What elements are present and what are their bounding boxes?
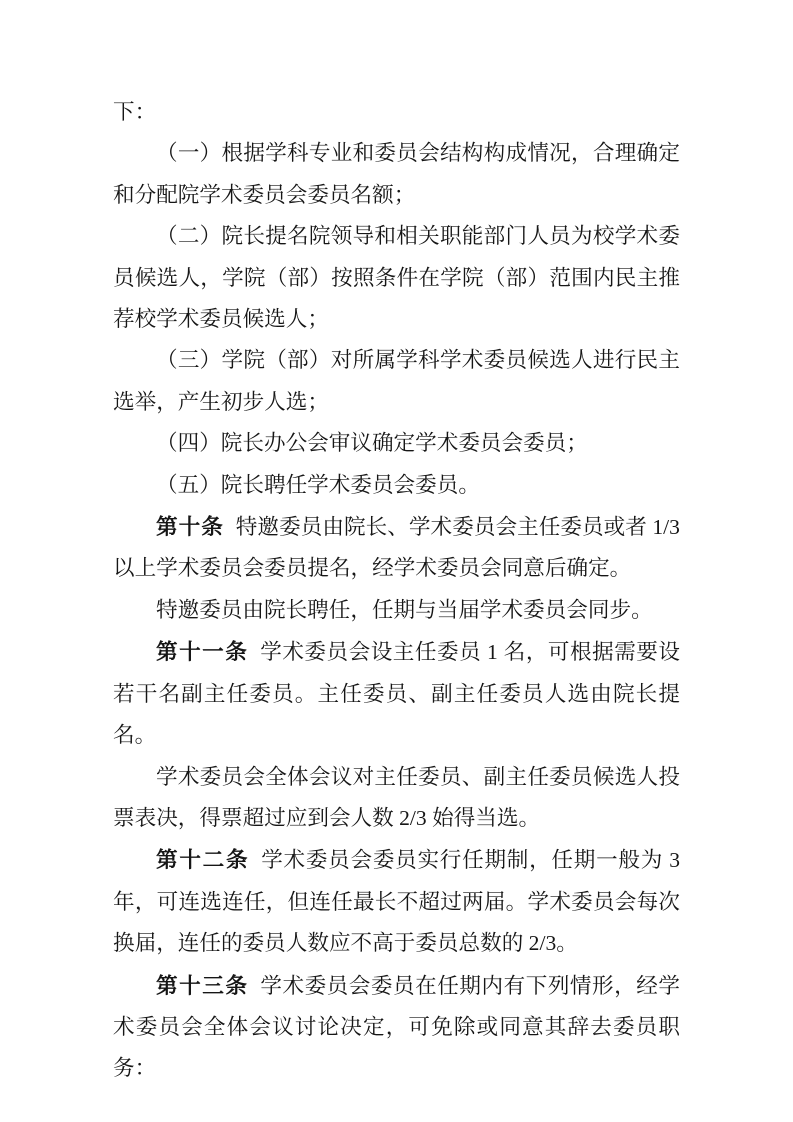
- paragraph-text: （五）院长聘任学术委员会委员。: [156, 473, 480, 497]
- paragraph-item-4: （四）院长办公会审议确定学术委员会委员；: [113, 423, 680, 464]
- paragraph-article-11-continued: 学术委员会全体会议对主任委员、副主任委员候选人投票表决，得票超过应到会人数 2/…: [113, 757, 680, 840]
- paragraph-item-5: （五）院长聘任学术委员会委员。: [113, 465, 680, 506]
- article-number-label: 第十一条: [156, 639, 248, 664]
- paragraph-article-10-continued: 特邀委员由院长聘任，任期与当届学术委员会同步。: [113, 590, 680, 631]
- article-number-label: 第十三条: [156, 973, 248, 998]
- paragraph-text: （四）院长办公会审议确定学术委员会委员；: [156, 431, 588, 455]
- article-number-label: 第十二条: [156, 847, 249, 872]
- paragraph-continuation: 下：: [113, 92, 680, 133]
- paragraph-text: （二）院长提名院领导和相关职能部门人员为校学术委员候选人，学院（部）按照条件在学…: [113, 224, 680, 331]
- paragraph-text: 学术委员会全体会议对主任委员、副主任委员候选人投票表决，得票超过应到会人数 2/…: [113, 765, 680, 830]
- paragraph-article-12: 第十二条学术委员会委员实行任期制，任期一般为 3 年，可连选连任，但连任最长不超…: [113, 839, 680, 964]
- paragraph-article-10: 第十条特邀委员由院长、学术委员会主任委员或者 1/3 以上学术委员会委员提名，经…: [113, 506, 680, 590]
- article-number-label: 第十条: [156, 514, 224, 539]
- paragraph-text: （三）学院（部）对所属学科学术委员候选人进行民主选举，产生初步人选；: [113, 348, 680, 413]
- document-page: 下： （一）根据学科专业和委员会结构构成情况，合理确定和分配院学术委员会委员名额…: [0, 0, 793, 1122]
- paragraph-article-13: 第十三条学术委员会委员在任期内有下列情形，经学术委员会全体会议讨论决定，可免除或…: [113, 965, 680, 1090]
- paragraph-text: （一）根据学科专业和委员会结构构成情况，合理确定和分配院学术委员会委员名额；: [113, 141, 680, 206]
- document-body: 下： （一）根据学科专业和委员会结构构成情况，合理确定和分配院学术委员会委员名额…: [113, 92, 680, 1090]
- paragraph-item-2: （二）院长提名院领导和相关职能部门人员为校学术委员候选人，学院（部）按照条件在学…: [113, 216, 680, 340]
- paragraph-item-1: （一）根据学科专业和委员会结构构成情况，合理确定和分配院学术委员会委员名额；: [113, 133, 680, 216]
- paragraph-article-11: 第十一条学术委员会设主任委员 1 名，可根据需要设若干名副主任委员。主任委员、副…: [113, 631, 680, 756]
- paragraph-text: 特邀委员由院长聘任，任期与当届学术委员会同步。: [156, 598, 653, 622]
- paragraph-text: 下：: [113, 100, 156, 124]
- paragraph-item-3: （三）学院（部）对所属学科学术委员候选人进行民主选举，产生初步人选；: [113, 340, 680, 423]
